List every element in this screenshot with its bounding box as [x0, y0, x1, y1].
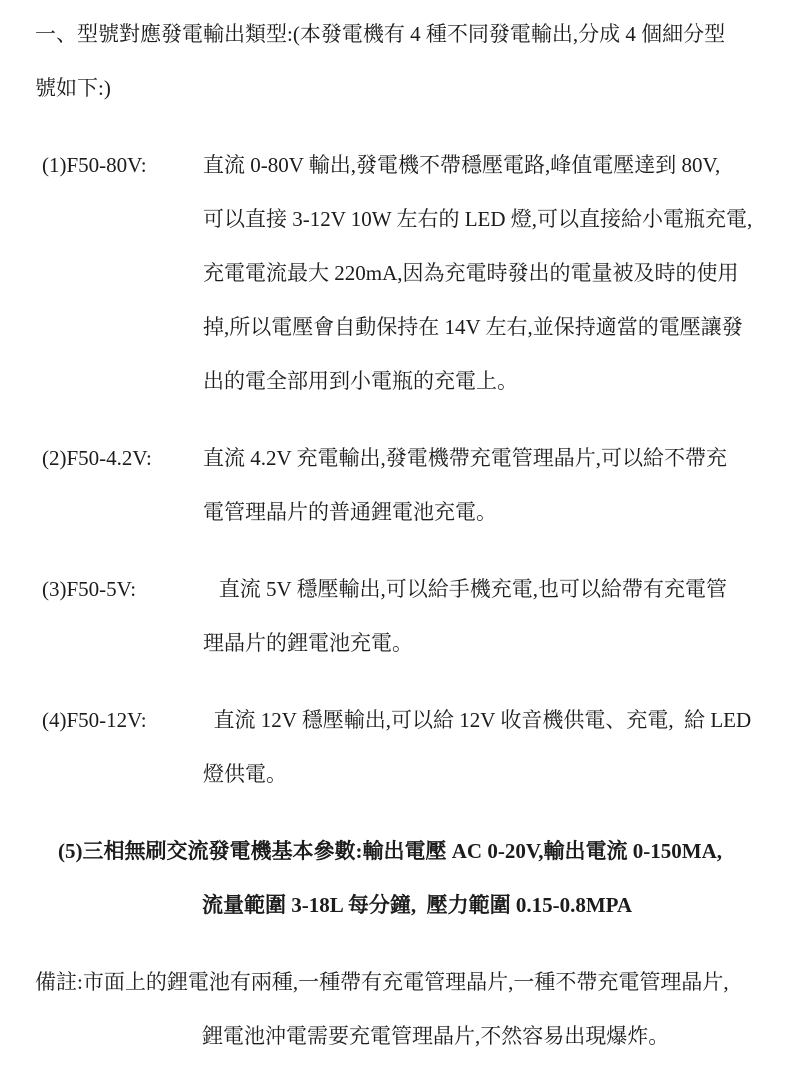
item-5-text-line: 三相無刷交流發電機基本參數:輸出電壓 AC 0-20V,輸出電流 0-150MA…	[83, 839, 723, 863]
heading-paragraph: 一、型號對應發電輸出類型:(本發電機有 4 種不同發電輸出,分成 4 個細分型 …	[35, 7, 770, 115]
item-4-paragraph: (4)F50-12V: 直流 12V 穩壓輸出,可以給 12V 收音機供電、充電…	[42, 693, 770, 801]
item-2-content: 直流 4.2V 充電輸出,發電機帶充電管理晶片,可以給不帶充 電管理晶片的普通鋰…	[203, 431, 770, 539]
item-1-paragraph: (1)F50-80V: 直流 0-80V 輸出,發電機不帶穩壓電路,峰值電壓達到…	[42, 138, 770, 408]
heading-line: 號如下:)	[35, 61, 770, 115]
item-1-text-line: 掉,所以電壓會自動保持在 14V 左右,並保持適當的電壓讓發	[203, 300, 770, 354]
item-3-label: (3)F50-5V:	[42, 562, 203, 670]
item-3-text-line: 直流 5V 穩壓輸出,可以給手機充電,也可以給帶有充電管	[203, 562, 770, 616]
item-2-paragraph: (2)F50-4.2V: 直流 4.2V 充電輸出,發電機帶充電管理晶片,可以給…	[42, 431, 770, 539]
item-3-content: 直流 5V 穩壓輸出,可以給手機充電,也可以給帶有充電管 理晶片的鋰電池充電。	[203, 562, 770, 670]
note-text-line: 市面上的鋰電池有兩種,一種帶有充電管理晶片,一種不帶充電管理晶片,	[83, 970, 729, 994]
item-5-text-line: 流量範圍 3-18L 每分鐘, 壓力範圍 0.15-0.8MPA	[58, 878, 770, 932]
item-5-paragraph: (5)三相無刷交流發電機基本參數:輸出電壓 AC 0-20V,輸出電流 0-15…	[58, 824, 770, 932]
note-paragraph: 備註:市面上的鋰電池有兩種,一種帶有充電管理晶片,一種不帶充電管理晶片, 鋰電池…	[35, 955, 770, 1063]
item-4-text-line: 直流 12V 穩壓輸出,可以給 12V 收音機供電、充電, 給 LED	[203, 693, 770, 747]
item-3-paragraph: (3)F50-5V: 直流 5V 穩壓輸出,可以給手機充電,也可以給帶有充電管 …	[42, 562, 770, 670]
note-text-line: 鋰電池沖電需要充電管理晶片,不然容易出現爆炸。	[35, 1009, 770, 1063]
item-2-label: (2)F50-4.2V:	[42, 431, 203, 539]
document-page: 一、型號對應發電輸出類型:(本發電機有 4 種不同發電輸出,分成 4 個細分型 …	[0, 0, 800, 1082]
item-5-first-line: (5)三相無刷交流發電機基本參數:輸出電壓 AC 0-20V,輸出電流 0-15…	[58, 824, 770, 878]
item-5-label: (5)	[58, 839, 83, 863]
heading-line: 一、型號對應發電輸出類型:(本發電機有 4 種不同發電輸出,分成 4 個細分型	[35, 7, 770, 61]
item-1-content: 直流 0-80V 輸出,發電機不帶穩壓電路,峰值電壓達到 80V, 可以直接 3…	[203, 138, 770, 408]
item-4-label: (4)F50-12V:	[42, 693, 203, 801]
item-1-text-line: 可以直接 3-12V 10W 左右的 LED 燈,可以直接給小電瓶充電,	[203, 192, 770, 246]
item-1-text-line: 充電電流最大 220mA,因為充電時發出的電量被及時的使用	[203, 246, 770, 300]
item-1-text-line: 出的電全部用到小電瓶的充電上。	[203, 354, 770, 408]
item-4-content: 直流 12V 穩壓輸出,可以給 12V 收音機供電、充電, 給 LED 燈供電。	[203, 693, 770, 801]
item-3-text-line: 理晶片的鋰電池充電。	[203, 616, 770, 670]
item-4-text-line: 燈供電。	[203, 747, 770, 801]
item-2-text-line: 電管理晶片的普通鋰電池充電。	[203, 485, 770, 539]
item-1-label: (1)F50-80V:	[42, 138, 203, 408]
note-first-line: 備註:市面上的鋰電池有兩種,一種帶有充電管理晶片,一種不帶充電管理晶片,	[35, 955, 770, 1009]
item-2-text-line: 直流 4.2V 充電輸出,發電機帶充電管理晶片,可以給不帶充	[203, 431, 770, 485]
note-label: 備註:	[35, 970, 83, 994]
item-1-text-line: 直流 0-80V 輸出,發電機不帶穩壓電路,峰值電壓達到 80V,	[203, 138, 770, 192]
